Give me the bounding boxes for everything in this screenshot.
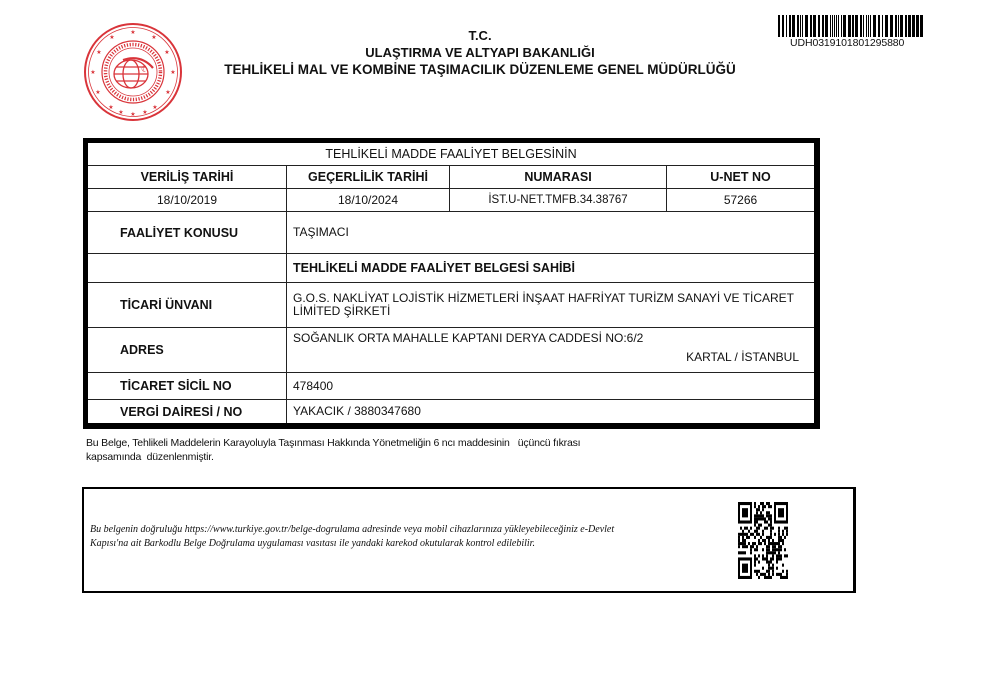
header-row: VERİLİŞ TARİHİ GEÇERLİLİK TARİHİ NUMARAS… (88, 166, 814, 189)
holder-heading: TEHLİKELİ MADDE FAALİYET BELGESİ SAHİBİ (287, 254, 814, 282)
svg-text:★: ★ (151, 34, 156, 41)
holder-heading-row: TEHLİKELİ MADDE FAALİYET BELGESİ SAHİBİ (88, 254, 814, 283)
certificate-number: İST.U-NET.TMFB.34.38767 (450, 189, 667, 211)
verification-box: Bu belgenin doğruluğu https://www.turkiy… (82, 487, 856, 593)
address-value: SOĞANLIK ORTA MAHALLE KAPTANI DERYA CADD… (287, 328, 814, 372)
registry-label: TİCARET SİCİL NO (88, 373, 287, 399)
trade-name-value: G.O.S. NAKLİYAT LOJİSTİK HİZMETLERİ İNŞA… (287, 283, 814, 327)
col-number: NUMARASI (450, 166, 667, 188)
certificate-table: TEHLİKELİ MADDE FAALİYET BELGESİNİN VERİ… (83, 138, 820, 429)
trade-name-label: TİCARİ ÜNVANI (88, 283, 287, 327)
svg-text:★: ★ (130, 29, 135, 36)
svg-text:★: ★ (90, 69, 95, 76)
header-ministry: ULAŞTIRMA VE ALTYAPI BAKANLIĞI (200, 44, 760, 61)
svg-text:★: ★ (118, 109, 123, 116)
activity-value: TAŞIMACI (287, 212, 814, 253)
tax-row: VERGİ DAİRESİ / NO YAKACIK / 3880347680 (88, 400, 814, 423)
svg-text:★: ★ (142, 109, 147, 116)
verification-line2: Kapısı'na ait Barkodlu Belge Doğrulama u… (90, 537, 614, 551)
svg-text:★: ★ (95, 89, 100, 96)
qr-code-icon[interactable] (738, 502, 788, 579)
svg-text:★: ★ (130, 111, 135, 118)
activity-label: FAALİYET KONUSU (88, 212, 287, 253)
barcode: UDH0319101801295880 (778, 15, 928, 49)
holder-heading-spacer (88, 254, 287, 282)
address-line2: KARTAL / İSTANBUL (293, 351, 814, 364)
svg-text:☾: ☾ (141, 65, 149, 75)
address-row: ADRES SOĞANLIK ORTA MAHALLE KAPTANI DERY… (88, 328, 814, 373)
col-issue-date: VERİLİŞ TARİHİ (88, 166, 287, 188)
registry-value: 478400 (287, 373, 814, 399)
svg-text:★: ★ (152, 104, 157, 111)
address-label: ADRES (88, 328, 287, 372)
tax-value: YAKACIK / 3880347680 (287, 400, 814, 423)
trade-name-row: TİCARİ ÜNVANI G.O.S. NAKLİYAT LOJİSTİK H… (88, 283, 814, 328)
tax-label: VERGİ DAİRESİ / NO (88, 400, 287, 423)
legal-note-line2: kapsamında düzenlenmiştir. (86, 450, 580, 464)
header-directorate: TEHLİKELİ MAL VE KOMBİNE TAŞIMACILIK DÜZ… (200, 61, 760, 78)
ministry-seal-icon: ★ ★ ★ ★ ★ ★ ★ ★ ★ ★ ★ ★ ★ ★ ☾ (83, 22, 183, 122)
svg-text:★: ★ (170, 69, 175, 76)
svg-text:★: ★ (165, 89, 170, 96)
svg-text:★: ★ (108, 104, 113, 111)
barcode-bars-icon (778, 15, 926, 37)
svg-text:★: ★ (109, 34, 114, 41)
certificate-title: TEHLİKELİ MADDE FAALİYET BELGESİNİN (88, 143, 814, 165)
registry-row: TİCARET SİCİL NO 478400 (88, 373, 814, 400)
col-unet-no: U-NET NO (667, 166, 814, 188)
address-line1: SOĞANLIK ORTA MAHALLE KAPTANI DERYA CADD… (293, 332, 814, 345)
barcode-number: UDH0319101801295880 (778, 37, 928, 49)
verification-line1: Bu belgenin doğruluğu https://www.turkiy… (90, 523, 614, 537)
activity-row: FAALİYET KONUSU TAŞIMACI (88, 212, 814, 254)
col-validity-date: GEÇERLİLİK TARİHİ (287, 166, 450, 188)
header-tc: T.C. (200, 28, 760, 44)
values-row: 18/10/2019 18/10/2024 İST.U-NET.TMFB.34.… (88, 189, 814, 212)
validity-date: 18/10/2024 (287, 189, 450, 211)
legal-note-line1: Bu Belge, Tehlikeli Maddelerin Karayoluy… (86, 436, 580, 450)
svg-text:★: ★ (164, 49, 169, 56)
unet-no: 57266 (667, 189, 814, 211)
document-header: T.C. ULAŞTIRMA VE ALTYAPI BAKANLIĞI TEHL… (200, 28, 760, 78)
certificate-title-row: TEHLİKELİ MADDE FAALİYET BELGESİNİN (88, 143, 814, 166)
verification-text: Bu belgenin doğruluğu https://www.turkiy… (90, 523, 614, 551)
issue-date: 18/10/2019 (88, 189, 287, 211)
legal-note: Bu Belge, Tehlikeli Maddelerin Karayoluy… (86, 436, 580, 464)
svg-text:★: ★ (96, 49, 101, 56)
